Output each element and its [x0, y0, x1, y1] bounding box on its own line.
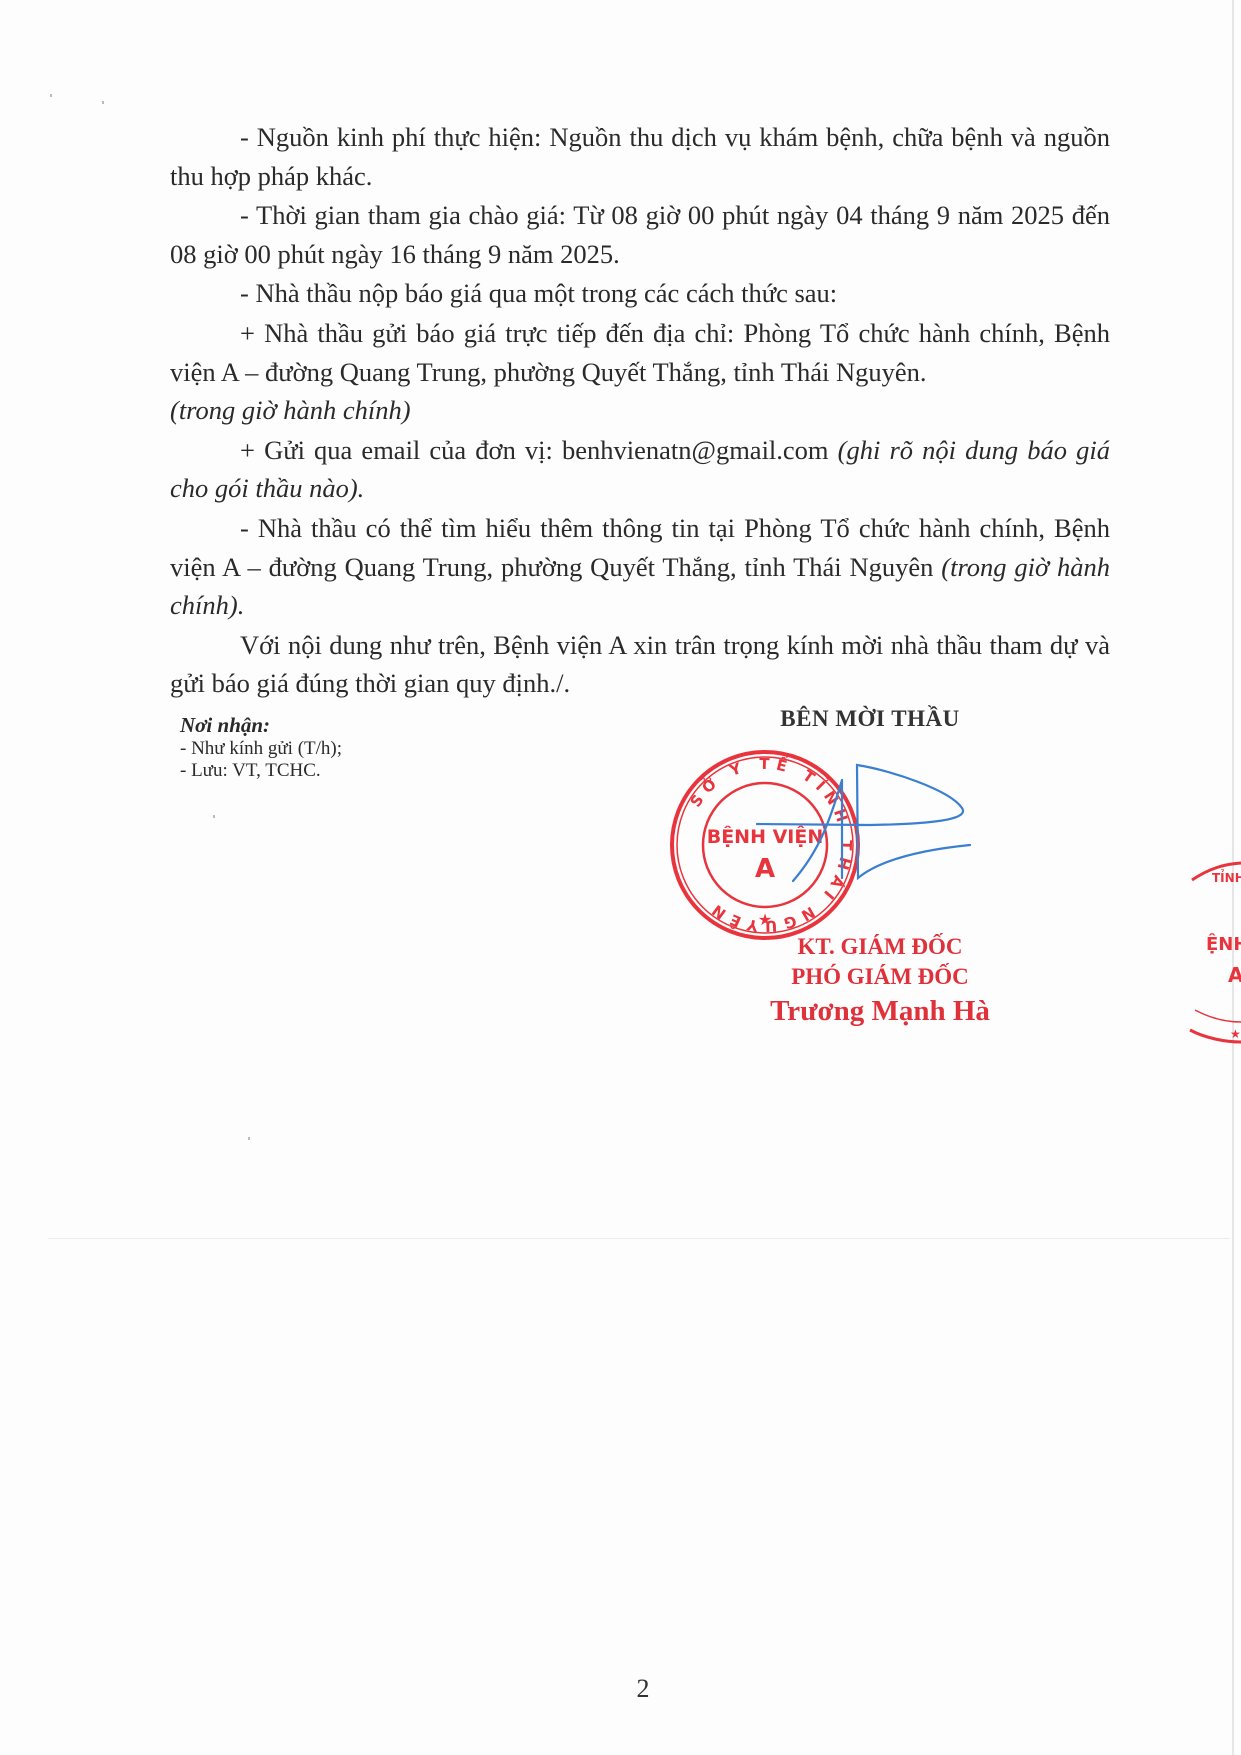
scan-artifact-line: [48, 1238, 1230, 1239]
paragraph-text: - Nhà thầu nộp báo giá qua một trong các…: [240, 278, 837, 308]
signatory-authority: KT. GIÁM ĐỐC: [720, 932, 1040, 962]
paragraph-time: - Thời gian tham gia chào giá: Từ 08 giờ…: [170, 196, 1110, 273]
paragraph-note: (trong giờ hành chính): [170, 395, 411, 425]
svg-text:A: A: [1228, 963, 1241, 987]
paragraph-closing: Với nội dung như trên, Bệnh viện A xin t…: [170, 626, 1110, 703]
svg-text:★: ★: [1230, 1027, 1241, 1041]
paragraph-text: + Nhà thầu gửi báo giá trực tiếp đến địa…: [170, 318, 1110, 387]
edge-seal-stamp-icon: TỈNH ỆNH A ★: [1170, 850, 1241, 1050]
paragraph-info: - Nhà thầu có thể tìm hiểu thêm thông ti…: [170, 509, 1110, 625]
scan-speck: [102, 101, 104, 104]
handwritten-signature-icon: [730, 760, 990, 890]
signing-party-title: BÊN MỜI THẦU: [700, 706, 1040, 732]
paragraph-text: Với nội dung như trên, Bệnh viện A xin t…: [170, 630, 1110, 699]
paragraph-methods: - Nhà thầu nộp báo giá qua một trong các…: [170, 274, 1110, 313]
paragraph-email: + Gửi qua email của đơn vị: benhvienatn@…: [170, 431, 1110, 508]
paragraph-text: + Gửi qua email của đơn vị: benhvienatn@…: [240, 435, 829, 465]
recipients-title: Nơi nhận:: [180, 713, 342, 738]
recipients-block: Nơi nhận: - Như kính gửi (T/h); - Lưu: V…: [180, 713, 342, 782]
scan-speck: [248, 1137, 250, 1140]
scan-speck: [50, 94, 52, 97]
signatory-position: PHÓ GIÁM ĐỐC: [720, 962, 1040, 992]
svg-text:ỆNH: ỆNH: [1206, 933, 1241, 955]
recipient-item: - Như kính gửi (T/h);: [180, 738, 342, 760]
paragraph-direct: + Nhà thầu gửi báo giá trực tiếp đến địa…: [170, 314, 1110, 430]
paragraph-text: - Nguồn kinh phí thực hiện: Nguồn thu dị…: [170, 122, 1110, 191]
signatory-block: KT. GIÁM ĐỐC PHÓ GIÁM ĐỐC Trương Mạnh Hà: [720, 932, 1040, 1030]
paragraph-funding: - Nguồn kinh phí thực hiện: Nguồn thu dị…: [170, 118, 1110, 195]
document-body: - Nguồn kinh phí thực hiện: Nguồn thu dị…: [170, 118, 1110, 703]
signing-party: BÊN MỜI THẦU: [700, 706, 1040, 732]
recipient-item: - Lưu: VT, TCHC.: [180, 760, 342, 782]
scan-speck: [213, 815, 215, 818]
svg-text:TỈNH: TỈNH: [1212, 869, 1241, 885]
page-number: 2: [633, 1674, 653, 1704]
paragraph-text: - Thời gian tham gia chào giá: Từ 08 giờ…: [170, 200, 1110, 269]
svg-text:★: ★: [758, 912, 772, 929]
signatory-name: Trương Mạnh Hà: [720, 992, 1040, 1030]
